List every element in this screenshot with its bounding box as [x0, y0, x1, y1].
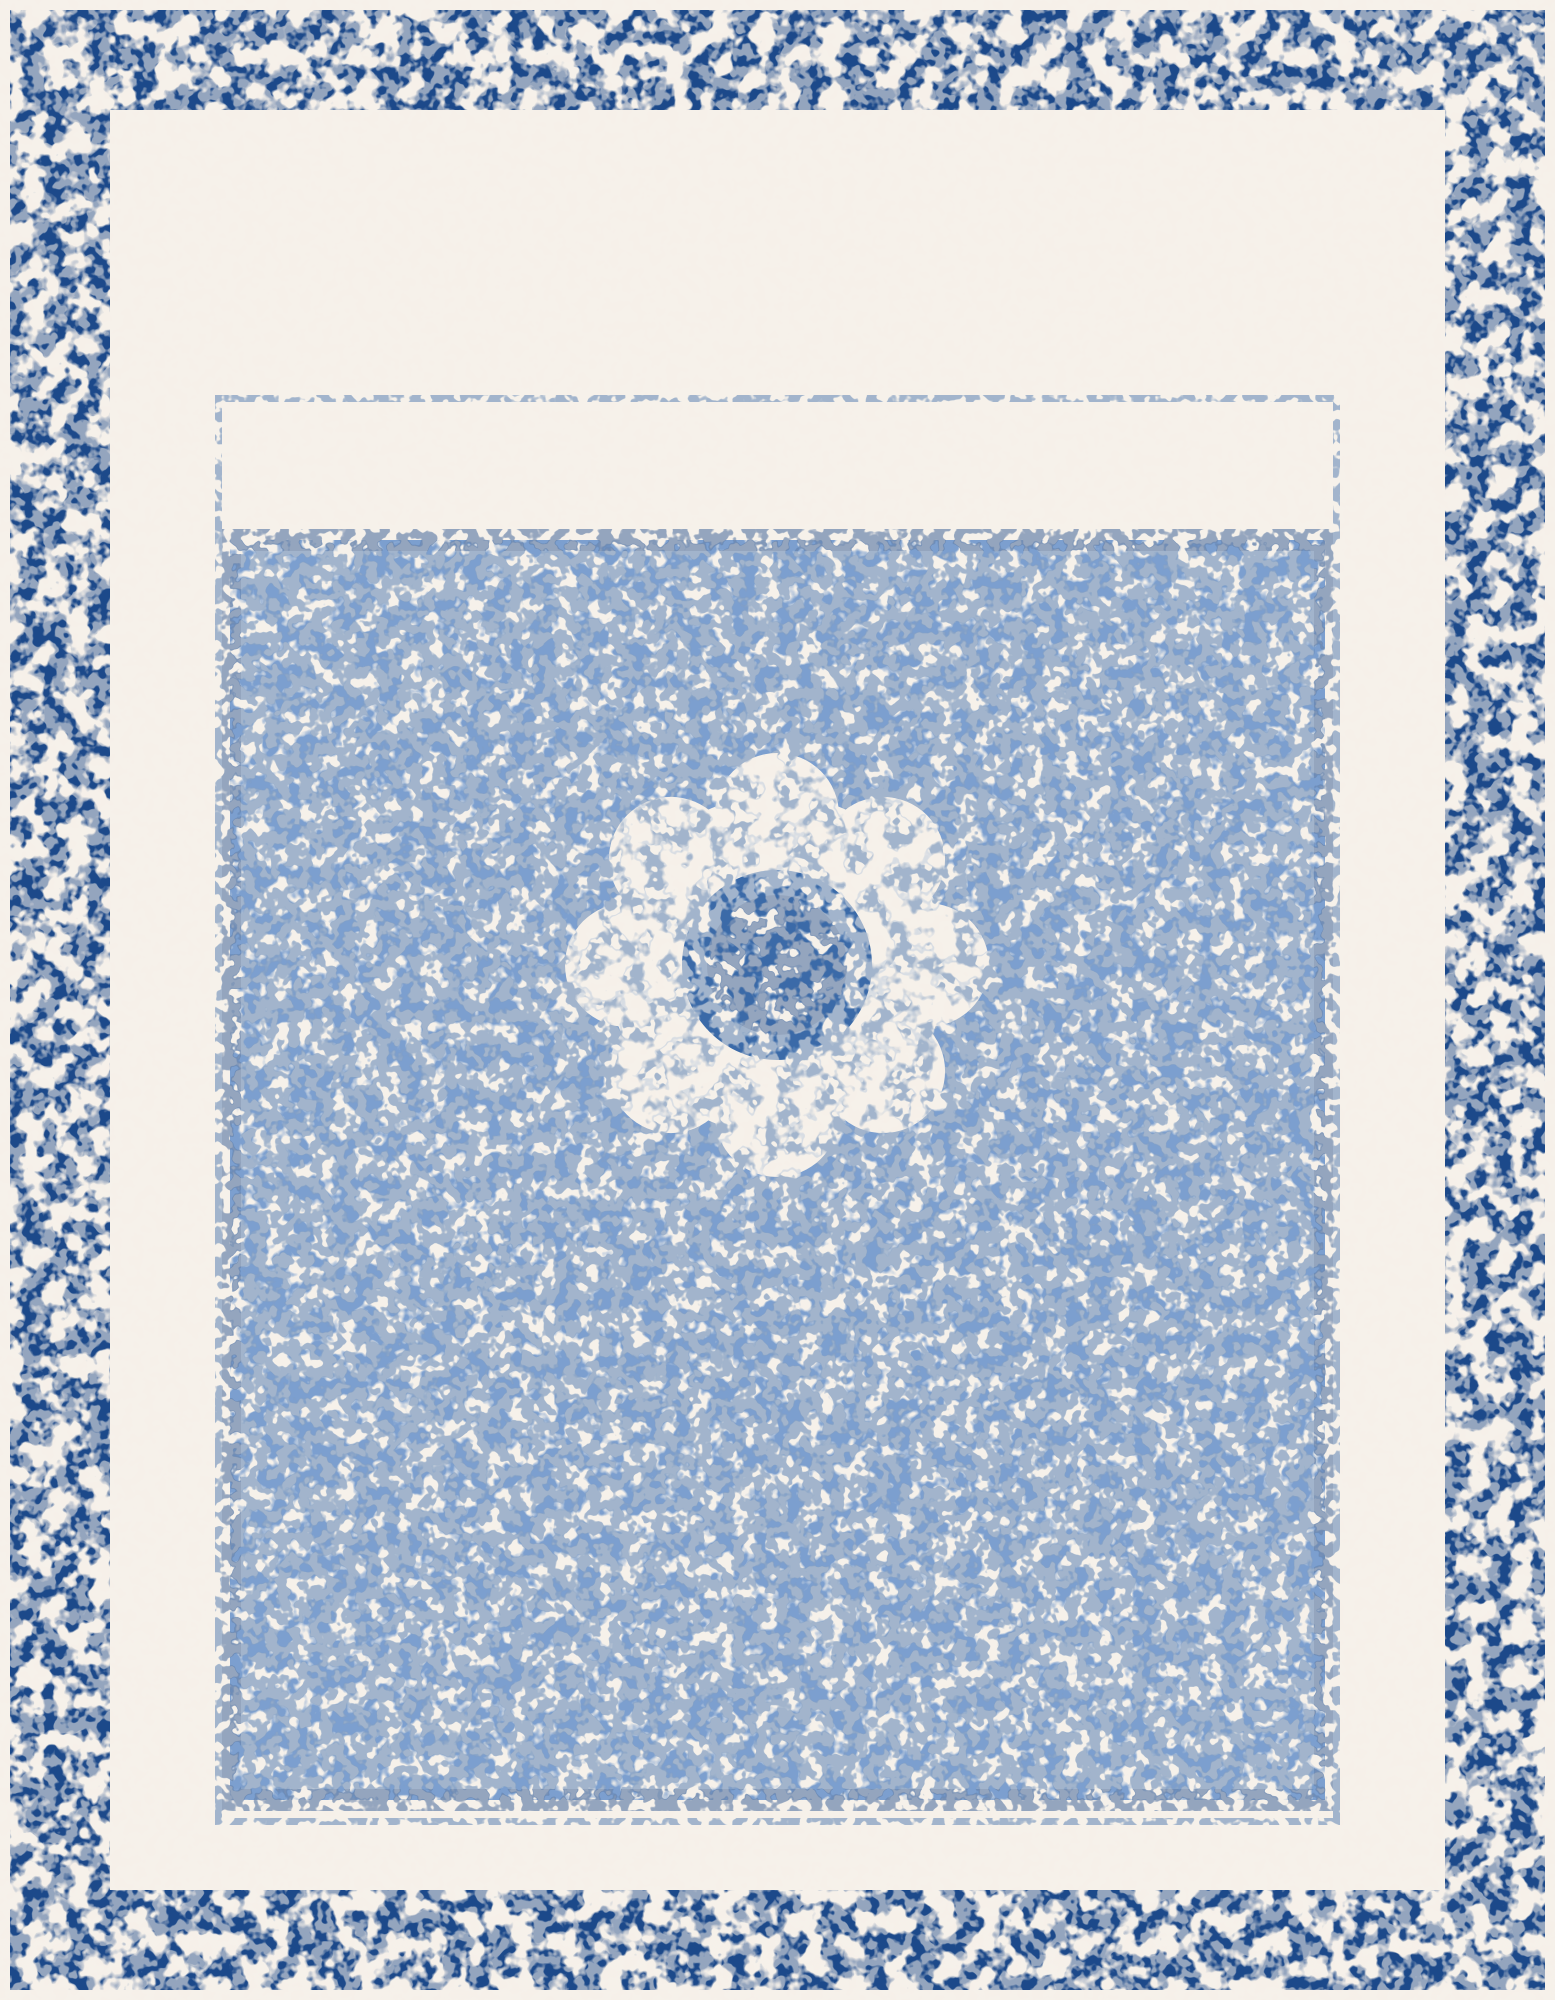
ivory-overlay	[0, 0, 1555, 2000]
rug-image	[0, 0, 1555, 2000]
